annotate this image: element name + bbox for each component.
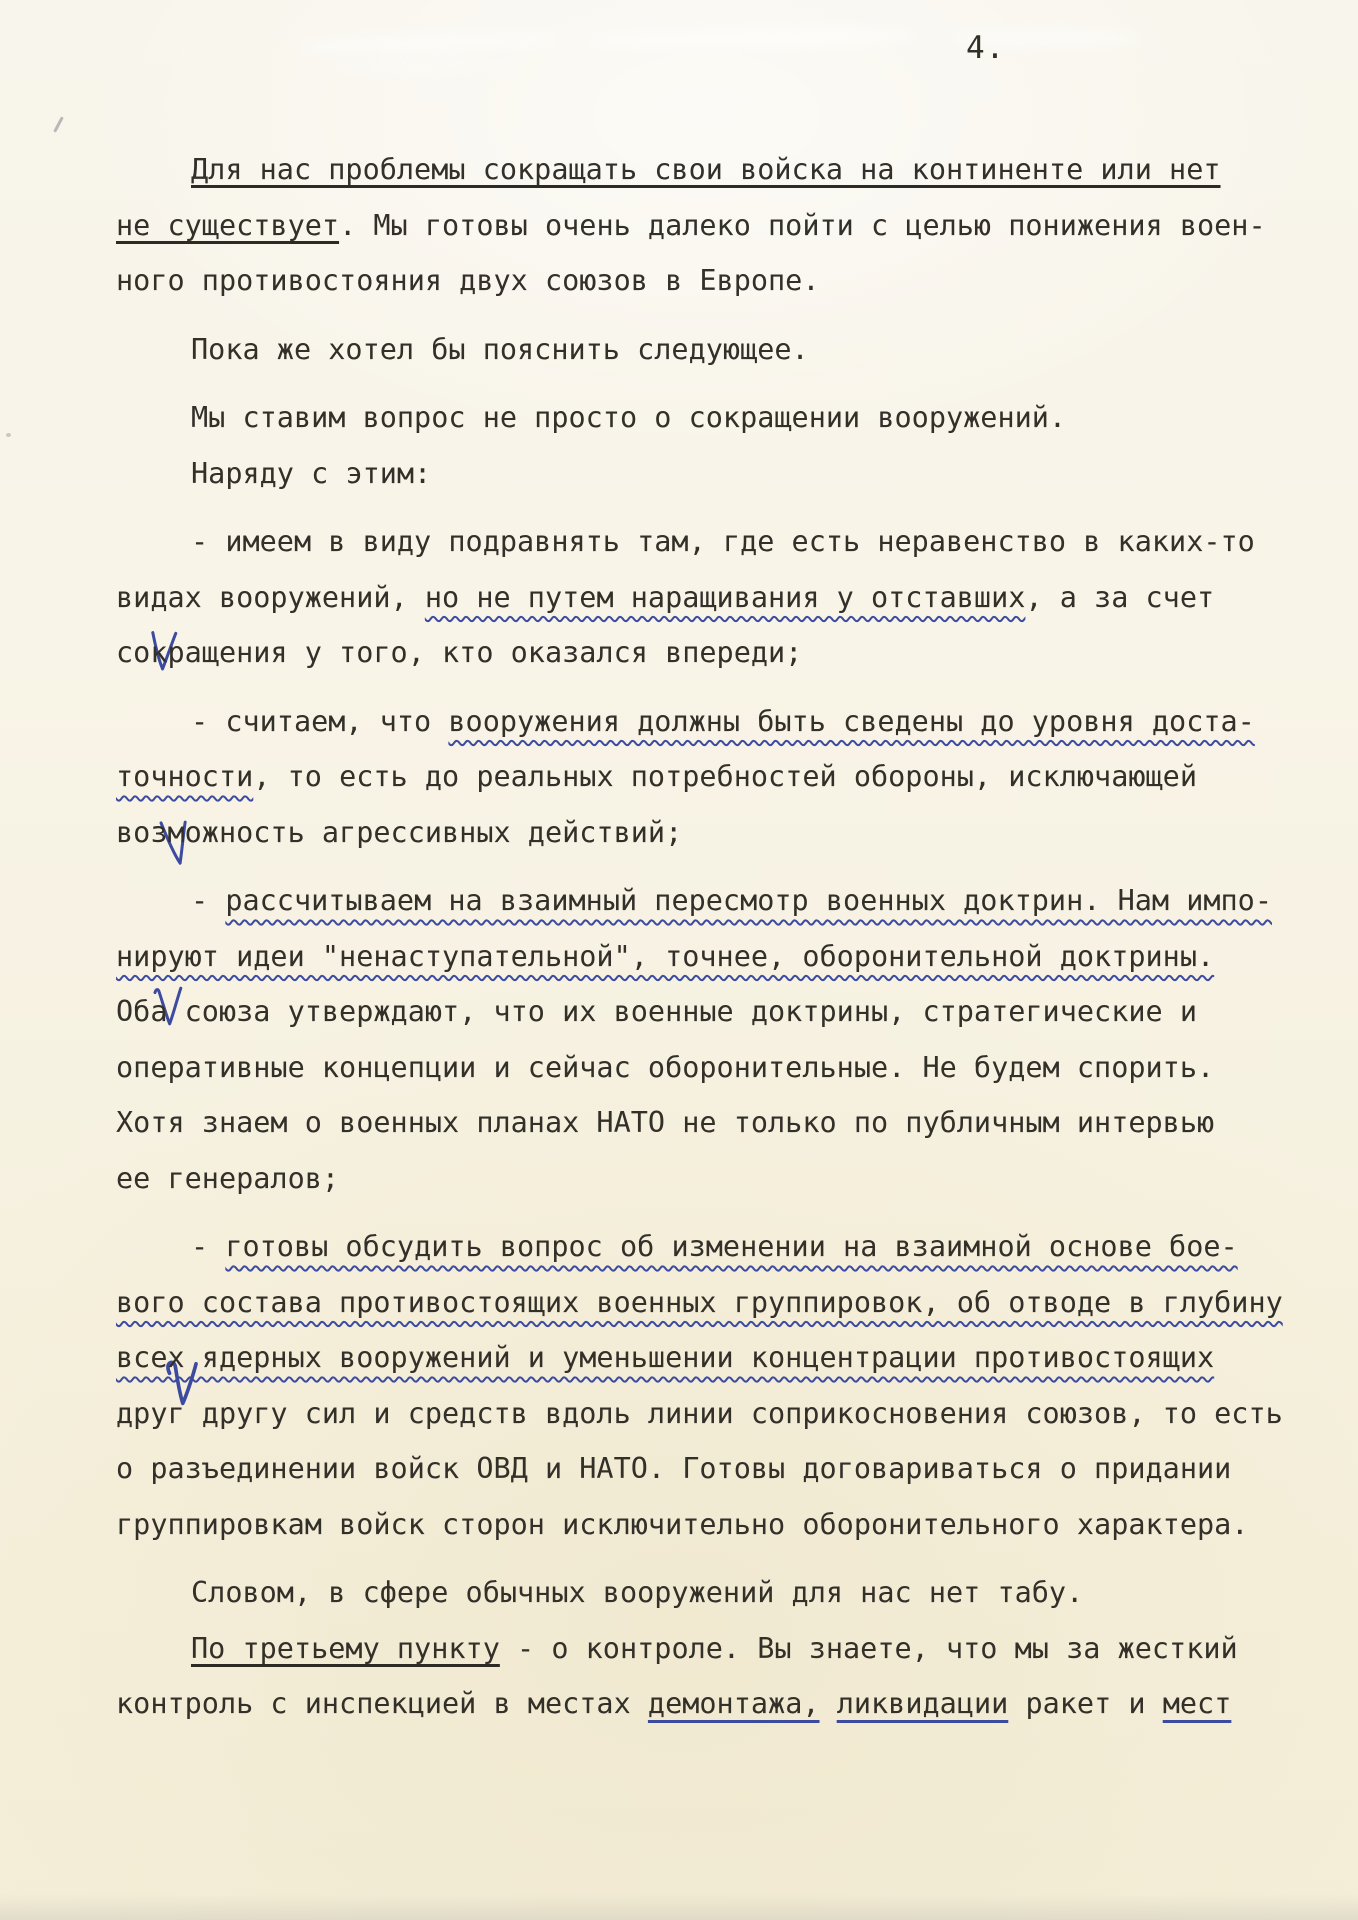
document-line: сокращения у того, кто оказался впереди; — [116, 625, 1312, 681]
text-run: оперативные концепции и сейчас обороните… — [116, 1051, 1214, 1084]
document-line: Оба союза утверждают, что их военные док… — [116, 984, 1312, 1040]
text-run: группировкам войск сторон исключительно … — [116, 1508, 1248, 1541]
text-run: возможность агрессивных действий; — [116, 816, 682, 849]
text-run-annotated: вого состава противостоящих военных груп… — [116, 1286, 1283, 1319]
text-run-annotated: демонтажа, — [648, 1687, 820, 1720]
text-run-annotated: рассчитываем на взаимный пересмотр военн… — [225, 884, 1272, 917]
text-run: Оба союза утверждают, что их военные док… — [116, 995, 1197, 1028]
text-run-annotated: вооружения должны быть сведены до уровня… — [448, 705, 1254, 738]
text-run: , то есть до реальных потребностей оборо… — [253, 760, 1197, 793]
pen-speck-artifact — [53, 116, 64, 132]
document-line: ного противостояния двух союзов в Европе… — [116, 253, 1312, 309]
document-line: ее генералов; — [116, 1151, 1312, 1207]
document-line: друг другу сил и средств вдоль линии соп… — [116, 1386, 1312, 1442]
text-run-annotated: нируют идеи "ненаступательной", точнее, … — [116, 940, 1214, 973]
scanned-page: 4. Для нас проблемы сокращать свои войск… — [0, 0, 1358, 1920]
document-line: точности, то есть до реальных потребност… — [116, 749, 1312, 805]
document-line: Пока же хотел бы пояснить следующее. — [116, 322, 1312, 378]
text-run: Хотя знаем о военных планах НАТО не толь… — [116, 1106, 1214, 1139]
document-line: видах вооружений, но не путем наращивани… — [116, 570, 1312, 626]
document-line: Мы ставим вопрос не просто о сокращении … — [116, 390, 1312, 446]
document-line: контроль с инспекцией в местах демонтажа… — [116, 1676, 1312, 1732]
text-run: Словом, в сфере обычных вооружений для н… — [191, 1576, 1083, 1609]
document-line: - готовы обсудить вопрос об изменении на… — [116, 1219, 1312, 1275]
text-run-annotated: мест — [1163, 1687, 1232, 1720]
text-run: - считаем, что — [191, 705, 448, 738]
text-run-annotated: точности — [116, 760, 253, 793]
text-run: - о контроле. Вы знаете, что мы за жестк… — [500, 1632, 1238, 1665]
document-line: возможность агрессивных действий; — [116, 805, 1312, 861]
text-run: Пока же хотел бы пояснить следующее. — [191, 333, 809, 366]
document-line: не существует. Мы готовы очень далеко по… — [116, 198, 1312, 254]
checkmark-icon — [145, 872, 181, 922]
document-line: оперативные концепции и сейчас обороните… — [116, 1040, 1312, 1096]
document-line: группировкам войск сторон исключительно … — [116, 1497, 1312, 1553]
text-run-annotated: не существует — [116, 209, 339, 242]
checkmark-icon — [149, 516, 185, 565]
text-run: , а за счет — [1025, 581, 1214, 614]
text-run-annotated: ликвидации — [837, 1687, 1009, 1720]
text-run: о разъединении войск ОВД и НАТО. Готовы … — [116, 1452, 1231, 1485]
text-run: контроль с инспекцией в местах — [116, 1687, 648, 1720]
text-run: - имеем в виду подравнять там, где есть … — [191, 525, 1255, 558]
text-run: сокращения у того, кто оказался впереди; — [116, 636, 802, 669]
checkmark-icon — [153, 1221, 196, 1281]
text-run: Наряду с этим: — [191, 457, 431, 490]
document-line: Словом, в сфере обычных вооружений для н… — [116, 1565, 1312, 1621]
text-run: . Мы готовы очень далеко пойти с целью п… — [339, 209, 1266, 242]
text-run-annotated: всех ядерных вооружений и уменьшении кон… — [116, 1341, 1214, 1374]
scan-ghost-artifact — [590, 25, 920, 51]
document-line: Хотя знаем о военных планах НАТО не толь… — [116, 1095, 1312, 1151]
document-line: Для нас проблемы сокращать свои войска н… — [116, 142, 1312, 198]
document-line: нируют идеи "ненаступательной", точнее, … — [116, 929, 1312, 985]
document-line: вого состава противостоящих военных груп… — [116, 1275, 1312, 1331]
document-line: о разъединении войск ОВД и НАТО. Готовы … — [116, 1441, 1312, 1497]
text-run-annotated: но не путем наращивания у отставших — [425, 581, 1026, 614]
text-run: видах вооружений, — [116, 581, 425, 614]
document-body: Для нас проблемы сокращать свои войска н… — [116, 142, 1312, 1732]
text-run: ее генералов; — [116, 1162, 339, 1195]
document-line: - считаем, что вооружения должны быть св… — [116, 694, 1312, 750]
text-run: - — [191, 1230, 225, 1263]
scan-ghost-artifact — [330, 60, 510, 72]
text-run-annotated: По третьему пункту — [191, 1632, 500, 1665]
document-line: всех ядерных вооружений и уменьшении кон… — [116, 1330, 1312, 1386]
text-run: Мы ставим вопрос не просто о сокращении … — [191, 401, 1066, 434]
text-run: друг другу сил и средств вдоль линии соп… — [116, 1397, 1283, 1430]
scan-ghost-artifact — [300, 29, 560, 56]
document-line: - имеем в виду подравнять там, где есть … — [116, 514, 1312, 570]
document-line: По третьему пункту - о контроле. Вы знае… — [116, 1621, 1312, 1677]
page-number: 4. — [966, 30, 1005, 66]
text-run: ракет и — [1008, 1687, 1162, 1720]
document-line: Наряду с этим: — [116, 446, 1312, 502]
document-line: - рассчитываем на взаимный пересмотр вое… — [116, 873, 1312, 929]
text-run: - — [191, 884, 225, 917]
text-run — [820, 1687, 837, 1720]
text-run: ного противостояния двух союзов в Европе… — [116, 264, 820, 297]
text-run-annotated: готовы обсудить вопрос об изменении на в… — [225, 1230, 1237, 1263]
checkmark-icon — [141, 696, 181, 752]
ink-dot-artifact — [6, 433, 11, 437]
text-run-annotated: Для нас проблемы сокращать свои войска н… — [191, 153, 1221, 186]
